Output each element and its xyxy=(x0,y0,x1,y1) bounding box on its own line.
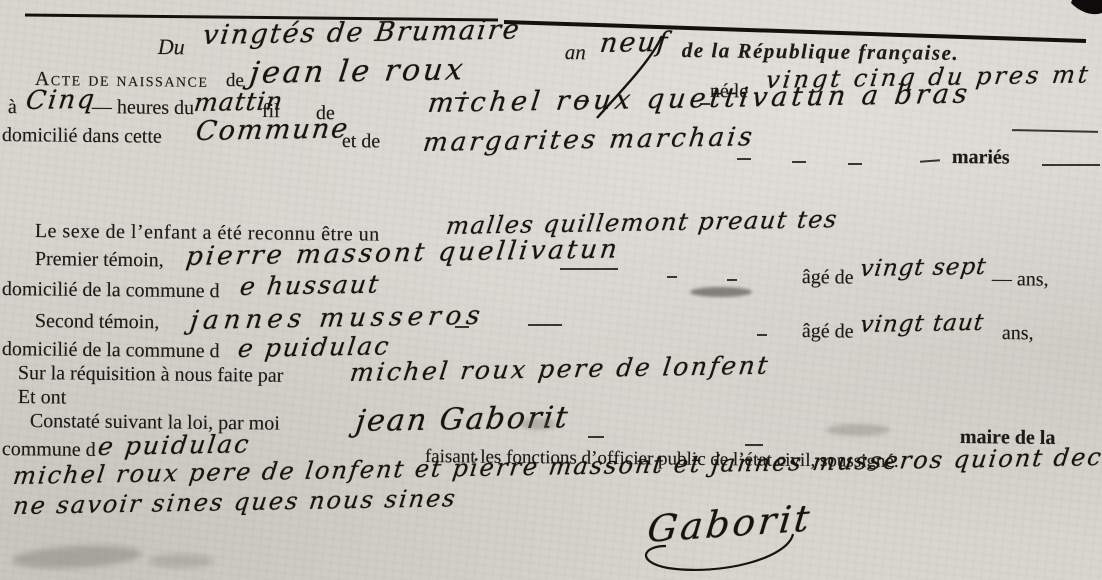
et-ont-label: Et ont xyxy=(18,386,67,410)
bleed-through-mark xyxy=(148,554,214,568)
filler-dash xyxy=(575,100,589,102)
an-label: an xyxy=(565,40,586,65)
second-temoin-label: Second témoin, xyxy=(35,310,160,334)
filler-dash xyxy=(455,326,469,328)
bleed-through-mark xyxy=(826,424,890,436)
premier-temoin-ans-label: — ans, xyxy=(992,268,1049,292)
father-name-value: michel roux quettivatun a bras xyxy=(426,79,973,119)
du-label: Du xyxy=(158,34,185,60)
premier-temoin-domicile-label: domicilié de la commune d xyxy=(2,278,220,303)
declaration-line2: ne savoir sines ques nous sines xyxy=(12,484,459,520)
second-temoin-domicile-label: domicilié de la commune d xyxy=(2,338,220,363)
filler-dash xyxy=(528,324,562,326)
filler-dash xyxy=(792,161,806,163)
sexe-value: malles quillemont preaut tes xyxy=(445,205,840,240)
filler-dash xyxy=(920,159,940,162)
commune-label: commune d xyxy=(2,438,96,462)
filler-dash xyxy=(745,444,763,446)
bleed-through-mark xyxy=(12,543,143,572)
second-temoin-age-label: âgé de xyxy=(802,320,854,344)
requisition-label: Sur la réquisition à nous faite par xyxy=(18,362,284,388)
republican-date-value: vingtés de Brumaire xyxy=(201,14,523,51)
republique-label: de la République française. xyxy=(682,38,960,66)
heures-du-label: — heures du xyxy=(92,96,194,120)
premier-temoin-commune-value: e hussaut xyxy=(238,270,382,301)
top-rule-right xyxy=(504,22,1086,41)
filler-dash xyxy=(848,163,862,165)
officier-name-value: jean Gaborit xyxy=(354,400,572,439)
premier-temoin-age-value: vingt sept xyxy=(859,254,988,282)
second-temoin-name: jannes musseros xyxy=(188,301,486,336)
second-temoin-ans-label: ans, xyxy=(1002,322,1034,345)
filler-dash xyxy=(667,276,677,278)
year-value: neuf xyxy=(598,27,671,59)
a-label: à xyxy=(8,96,17,119)
commune-value: Commune xyxy=(194,113,351,147)
filler-dash xyxy=(588,436,604,438)
child-name-value: jean le roux xyxy=(248,52,468,91)
mayor-signature: Gaborit xyxy=(645,497,814,551)
hour-value: Cinq xyxy=(24,85,97,116)
filler-dash xyxy=(1042,164,1100,166)
constat-commune-value: e puidulac xyxy=(96,429,252,461)
filler-dash xyxy=(455,97,469,99)
scanned-birth-record: Du vingtés de Brumaire an neuf de la Rép… xyxy=(0,0,1102,580)
filler-dash xyxy=(1012,129,1098,133)
second-temoin-age-value: vingt taut xyxy=(859,310,986,338)
et-de-label: et de xyxy=(342,130,381,153)
premier-temoin-label: Premier témoin, xyxy=(35,248,164,272)
ink-smudge xyxy=(690,287,752,297)
premier-temoin-age-label: âgé de xyxy=(802,266,854,290)
filler-dash xyxy=(560,268,618,270)
filler-dash xyxy=(757,334,767,336)
maries-label: mariés xyxy=(952,146,1010,170)
filler-dash xyxy=(737,158,751,160)
domicilie-label: domicilié dans cette xyxy=(2,124,162,149)
mother-name-value: margarites marchais xyxy=(421,122,756,158)
filler-dash xyxy=(700,103,710,105)
corner-ink-blot xyxy=(1071,0,1102,14)
requerant-value: michel roux pere de lonfent xyxy=(348,351,771,387)
filler-dash xyxy=(727,279,737,281)
premier-temoin-name: pierre massont quellivatun xyxy=(184,234,621,272)
